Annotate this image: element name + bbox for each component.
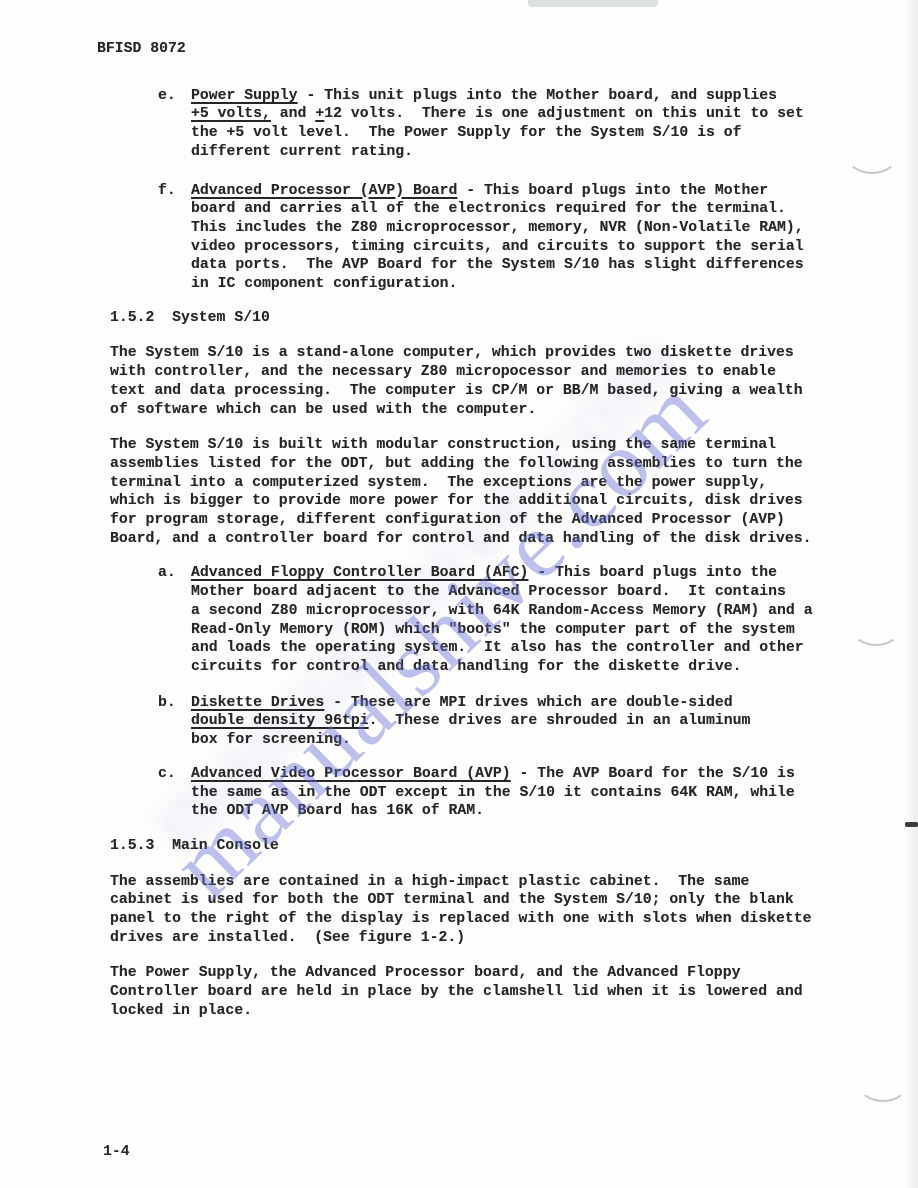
list-item-letter: a. <box>158 564 191 676</box>
list-item-b: b. Diskette Drives - These are MPI drive… <box>158 694 848 750</box>
list-item-letter: b. <box>158 694 191 750</box>
list-item-text: Diskette Drives - These are MPI drives w… <box>191 694 848 750</box>
section-heading-153: 1.5.3 Main Console <box>110 837 848 856</box>
paragraph-system-s10-intro: The System S/10 is a stand-alone compute… <box>110 344 848 419</box>
list-item-letter: c. <box>158 765 191 821</box>
section-heading-152: 1.5.2 System S/10 <box>110 309 848 328</box>
page-number: 1-4 <box>103 1143 130 1162</box>
list-item-e: e. Power Supply - This unit plugs into t… <box>158 87 848 162</box>
paragraph-clamshell-lid: The Power Supply, the Advanced Processor… <box>110 964 848 1020</box>
list-item-text: Power Supply - This unit plugs into the … <box>191 87 848 162</box>
scan-artifact-top-smudge <box>528 0 658 7</box>
list-item-letter: f. <box>158 182 191 294</box>
document-id-header: BFISD 8072 <box>97 40 848 59</box>
list-item-text: Advanced Floppy Controller Board (AFC) -… <box>191 564 848 676</box>
list-item-text: Advanced Processor (AVP) Board - This bo… <box>191 182 848 294</box>
scan-artifact-arc <box>858 1066 908 1102</box>
paragraph-main-console: The assemblies are contained in a high-i… <box>110 873 848 948</box>
list-item-letter: e. <box>158 87 191 162</box>
list-item-text: Advanced Video Processor Board (AVP) - T… <box>191 765 848 821</box>
list-item-a: a. Advanced Floppy Controller Board (AFC… <box>158 564 848 676</box>
scanned-manual-page: manualshive.com BFISD 8072 e. Power Supp… <box>0 0 918 1188</box>
scan-edge-shading <box>906 0 918 1188</box>
paragraph-modular-construction: The System S/10 is built with modular co… <box>110 436 848 548</box>
page-content: BFISD 8072 e. Power Supply - This unit p… <box>0 0 918 1021</box>
list-item-f: f. Advanced Processor (AVP) Board - This… <box>158 182 848 294</box>
list-item-c: c. Advanced Video Processor Board (AVP) … <box>158 765 848 821</box>
